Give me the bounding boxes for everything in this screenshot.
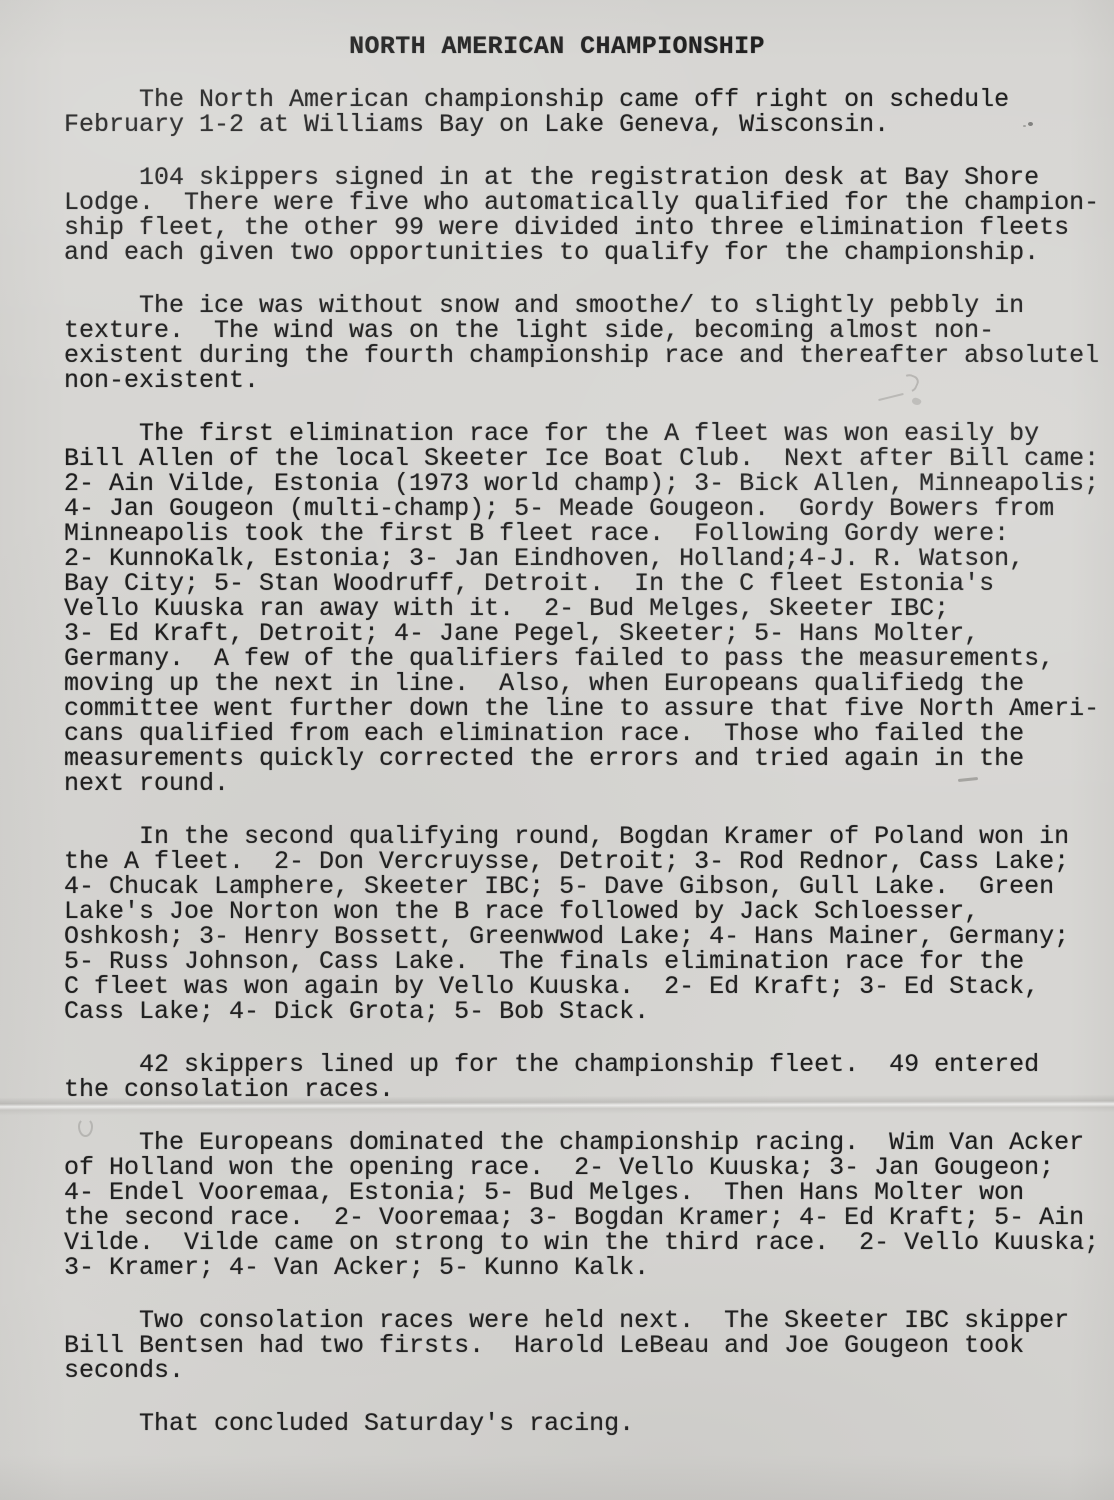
paragraph-second-qualifying: In the second qualifying round, Bogdan K… <box>64 824 1108 1024</box>
paragraph-registration: 104 skippers signed in at the registrati… <box>64 165 1108 265</box>
pencil-smudge-stroke <box>911 396 922 407</box>
paragraph-championship-racing: The Europeans dominated the championship… <box>64 1130 1108 1280</box>
paragraph-closing: That concluded Saturday's racing. <box>64 1411 1108 1436</box>
paragraph-fleet-counts: 42 skippers lined up for the championshi… <box>64 1052 1108 1102</box>
paragraph-ice-conditions: The ice was without snow and smoothe/ to… <box>64 293 1108 393</box>
document-title: NORTH AMERICAN CHAMPIONSHIP <box>0 34 1114 59</box>
scanned-document-page: NORTH AMERICAN CHAMPIONSHIP The North Am… <box>0 0 1114 1500</box>
paragraph-consolation-races: Two consolation races were held next. Th… <box>64 1308 1108 1383</box>
paragraph-intro: The North American championship came off… <box>64 87 1108 137</box>
paragraph-first-elimination: The first elimination race for the A fle… <box>64 421 1108 796</box>
pencil-smudge-stroke <box>878 393 904 401</box>
